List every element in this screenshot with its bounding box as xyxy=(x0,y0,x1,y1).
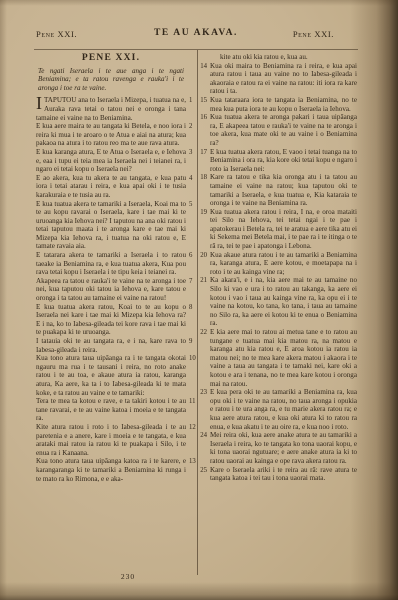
verse: 24 Mei reira oki, kua aere anake atura t… xyxy=(210,431,357,465)
verse-text: Kite atura ratou i roto i to Iabesa-gile… xyxy=(36,423,186,457)
verse-number: 9 xyxy=(189,338,202,347)
page-edge-shadow-right xyxy=(350,0,398,600)
verse-text: Akapeea ra tatou e rauka'i te vaine na t… xyxy=(36,277,186,302)
verse: 16 Kua tuatua akera te aronga pakari i t… xyxy=(210,113,357,147)
verse-number: 23 xyxy=(195,389,207,398)
verse-text: E kua tuatua akera ratou, E vaoo i tetai… xyxy=(210,148,357,173)
verse-number: 15 xyxy=(195,97,207,106)
verse: 12 Kite atura ratou i roto i to Iabesa-g… xyxy=(36,423,186,457)
verse: 14 Kua oki maira to Beniamina ra i reira… xyxy=(210,62,357,96)
verse-text: TAPUTOU ana to Iseraela i Mizepa, i tuat… xyxy=(36,96,186,121)
scanned-book-page: Pene XXI. TE AU AKAVA. Pene XXI. PENE XX… xyxy=(0,0,398,600)
verse: 17 E kua tuatua akera ratou, E vaoo i te… xyxy=(210,148,357,174)
verse-text: E kia aere mai to ratou ai metua tane e … xyxy=(210,328,357,388)
verse-text: Ka akara'i, e i na, kia aere mai te au t… xyxy=(210,276,357,327)
verse-text: Kare o Iseraela ariki i te reira au rā: … xyxy=(210,466,357,483)
verse-number: 22 xyxy=(195,329,207,338)
verse-number: 14 xyxy=(195,63,207,72)
verse: 9 I tatauia oki te au tangata ra, e i na… xyxy=(36,337,186,354)
verse-number: 21 xyxy=(195,277,207,286)
verse: 23 E kua pera oki te au tamariki a Benia… xyxy=(210,388,357,431)
left-column: PENE XXI. Te ngati Iseraela i te aue ang… xyxy=(36,53,186,483)
right-column: kite atu oki kia ratou e, kua au. 14 Kua… xyxy=(210,53,357,483)
verse: 18 Kare ra tatou e tika kia oronga atu i… xyxy=(210,173,357,207)
verse: 2 E kua aere maira te au tangata ki Bete… xyxy=(36,122,186,148)
running-head-title: TE AU AKAVA. xyxy=(154,28,238,38)
verse: 10 Kua tono atura taua uipāanga ra i te … xyxy=(36,354,186,397)
verse-text: E kua karanga atura, E te Atua o Iserael… xyxy=(36,148,186,173)
verse-text: E tatarara akera te tamariki a Iseraela … xyxy=(36,251,186,276)
page-edge-shadow-left xyxy=(0,0,7,600)
verse-text: Kua tuatua akera te aronga pakari i taua… xyxy=(210,113,357,147)
verse-text: Kua tono atura taua uipāanga katoa ra i … xyxy=(36,457,186,482)
verse-text: E kua pera oki te au tamariki a Beniamin… xyxy=(210,388,357,430)
drop-cap: I xyxy=(36,96,44,111)
verse-text: Mei reira oki, kua aere anake atura te a… xyxy=(210,431,357,465)
verse-number: 11 xyxy=(189,398,202,407)
verse-number: 2 xyxy=(189,123,202,132)
verse-text: E kua tuatua akera ratou, Koai to te au … xyxy=(36,303,186,337)
verse: 25 Kare o Iseraela ariki i te reira au r… xyxy=(210,466,357,483)
verse-number: 20 xyxy=(195,252,207,261)
running-head: Pene XXI. TE AU AKAVA. Pene XXI. xyxy=(34,29,358,41)
verse-number: 8 xyxy=(189,304,202,313)
page-edge-shadow-bottom xyxy=(0,582,398,600)
verse: 4 E ao akera, kua tu akera te au tangata… xyxy=(36,174,186,200)
verse-text: Kua tuatua akera ratou i reira, I na, e … xyxy=(210,208,357,250)
chapter-summary: Te ngati Iseraela i te aue anga i te nga… xyxy=(38,67,184,93)
verse: 5 E kua tuatua akera te tamariki a Isera… xyxy=(36,200,186,252)
verse-text: Kua oki maira to Beniamina ra i reira, e… xyxy=(210,62,357,96)
verse: 15 Kua tataraara iora te tangata ia Beni… xyxy=(210,96,357,113)
running-head-right: Pene XXI. xyxy=(293,29,334,39)
verse-text: kite atu oki kia ratou e, kua au. xyxy=(220,53,308,61)
verse: 6 E tatarara akera te tamariki a Iserael… xyxy=(36,251,186,277)
verse-text: E ao akera, kua tu akera te au tangata, … xyxy=(36,174,186,199)
verse-text: I tatauia oki te au tangata ra, e i na, … xyxy=(36,337,186,354)
verse-number: 17 xyxy=(195,149,207,158)
verse-text: Kare ra tatou e tika kia oronga atu i ta… xyxy=(210,173,357,207)
verse-continuation: kite atu oki kia ratou e, kua au. xyxy=(210,53,357,62)
verse-number: 10 xyxy=(189,355,202,364)
verse-text: E kua aere maira te au tangata ki Betela… xyxy=(36,122,186,147)
verse: 19 Kua tuatua akera ratou i reira, I na,… xyxy=(210,208,357,251)
verse-text: Kua tataraara iora te tangata ia Beniami… xyxy=(210,96,357,113)
verse-number: 24 xyxy=(195,432,207,441)
running-head-left: Pene XXI. xyxy=(36,29,77,39)
verse: 11 Tera te mea ta kotou e rave, e ta tak… xyxy=(36,397,186,423)
page-edge-shadow-top xyxy=(0,0,398,6)
verse-number: 19 xyxy=(195,209,207,218)
verse: 8 E kua tuatua akera ratou, Koai to te a… xyxy=(36,303,186,337)
verse: 13 Kua tono atura taua uipāanga katoa ra… xyxy=(36,457,186,483)
verse: 3 E kua karanga atura, E te Atua o Isera… xyxy=(36,148,186,174)
verse-text: E kua tuatua akera te tamariki a Iserael… xyxy=(36,200,186,251)
verse-text: Kua tono atura taua uipāanga ra i te tan… xyxy=(36,354,186,396)
verse: 21 Ka akara'i, e i na, kia aere mai te a… xyxy=(210,276,357,328)
verse: 7 Akapeea ra tatou e rauka'i te vaine na… xyxy=(36,277,186,303)
verse-number: 25 xyxy=(195,467,207,476)
verse: 1 I TAPUTOU ana to Iseraela i Mizepa, i … xyxy=(36,96,186,122)
verse-number: 18 xyxy=(195,174,207,183)
verse: 22 E kia aere mai to ratou ai metua tane… xyxy=(210,328,357,388)
verse-text: Tera te mea ta kotou e rave, e ta takiri… xyxy=(36,397,186,422)
verse-text: Kua akaue atura ratou i te au tamariki a… xyxy=(210,251,357,276)
verse: 20 Kua akaue atura ratou i te au tamarik… xyxy=(210,251,357,277)
verse-number: 16 xyxy=(195,114,207,123)
chapter-heading: PENE XXI. xyxy=(36,54,186,63)
header-rule xyxy=(34,49,358,50)
page-number: 230 xyxy=(96,572,160,581)
